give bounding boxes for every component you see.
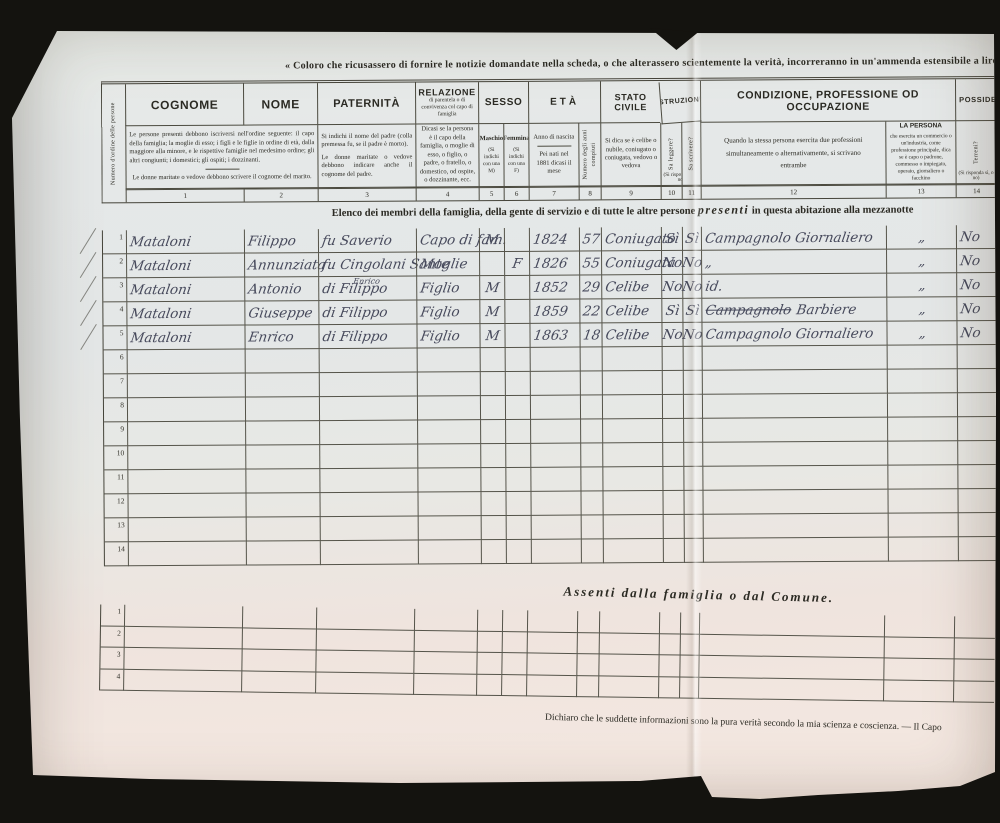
cell-paternita (316, 629, 414, 652)
cell-row-number: 3 (100, 647, 123, 669)
paper-sheet: « Coloro che ricusassero di fornire le n… (0, 0, 1000, 823)
cell-sesso-f (501, 653, 526, 675)
cell-sa-leggere (658, 655, 679, 677)
cell-relazione (413, 673, 476, 695)
cell-persona (884, 637, 954, 659)
cell-nome (242, 628, 316, 651)
cell-nome (242, 606, 316, 629)
cell-sesso-m (476, 653, 501, 675)
cell-cognome (124, 605, 242, 628)
assenti-section: Assenti dalla famiglia o dal Comune. 1 2… (0, 0, 1000, 823)
cell-persona (883, 680, 953, 702)
cell-anno-nascita (526, 653, 576, 675)
cell-anni-compiuti (577, 611, 599, 633)
cell-paternita (315, 672, 413, 695)
cell-row-number: 2 (101, 626, 124, 648)
cell-sa-leggere (659, 634, 680, 656)
cell-anno-nascita (526, 675, 576, 697)
cell-relazione (413, 652, 476, 674)
cell-cognome (123, 669, 241, 692)
cell-sesso-f (502, 632, 527, 654)
cell-anni-compiuti (576, 676, 598, 698)
cell-stato-civile (598, 654, 658, 676)
cell-persona (884, 615, 954, 637)
cell-possidenza (954, 638, 995, 660)
cell-row-number: 4 (100, 669, 123, 691)
cell-occupazione (699, 634, 884, 658)
cell-anni-compiuti (576, 654, 598, 676)
cell-occupazione (699, 613, 884, 637)
cell-sesso-m (477, 631, 502, 653)
cell-occupazione (698, 677, 883, 701)
pencil-marks-layer (0, 0, 997, 3)
cell-sa-leggere (658, 677, 679, 699)
cell-possidenza (953, 659, 994, 681)
cell-anni-compiuti (577, 633, 599, 655)
cell-occupazione (698, 656, 883, 680)
cell-sesso-f (502, 610, 527, 632)
cell-anno-nascita (527, 632, 577, 654)
cell-cognome (123, 648, 241, 671)
cell-possidenza (953, 681, 994, 703)
cell-row-number: 1 (101, 604, 124, 626)
cell-stato-civile (599, 633, 659, 655)
cell-stato-civile (598, 676, 658, 698)
cell-nome (241, 649, 315, 672)
cell-persona (883, 658, 953, 680)
cell-nome (241, 671, 315, 694)
cell-sesso-m (476, 674, 501, 696)
cell-paternita (315, 650, 413, 673)
cell-relazione (414, 630, 477, 652)
cell-sesso-f (501, 675, 526, 697)
cell-possidenza (954, 616, 995, 638)
paper-fold-crease (686, 32, 702, 784)
assenti-table-body: 1 2 3 4 (99, 604, 995, 702)
cell-sesso-m (477, 610, 502, 632)
cell-paternita (316, 607, 414, 630)
cell-stato-civile (599, 611, 659, 633)
cell-sa-leggere (659, 612, 680, 634)
census-scan: « Coloro che ricusassero di fornire le n… (0, 0, 1000, 823)
cell-cognome (124, 626, 242, 649)
cell-anno-nascita (527, 610, 577, 632)
cell-relazione (414, 609, 477, 631)
